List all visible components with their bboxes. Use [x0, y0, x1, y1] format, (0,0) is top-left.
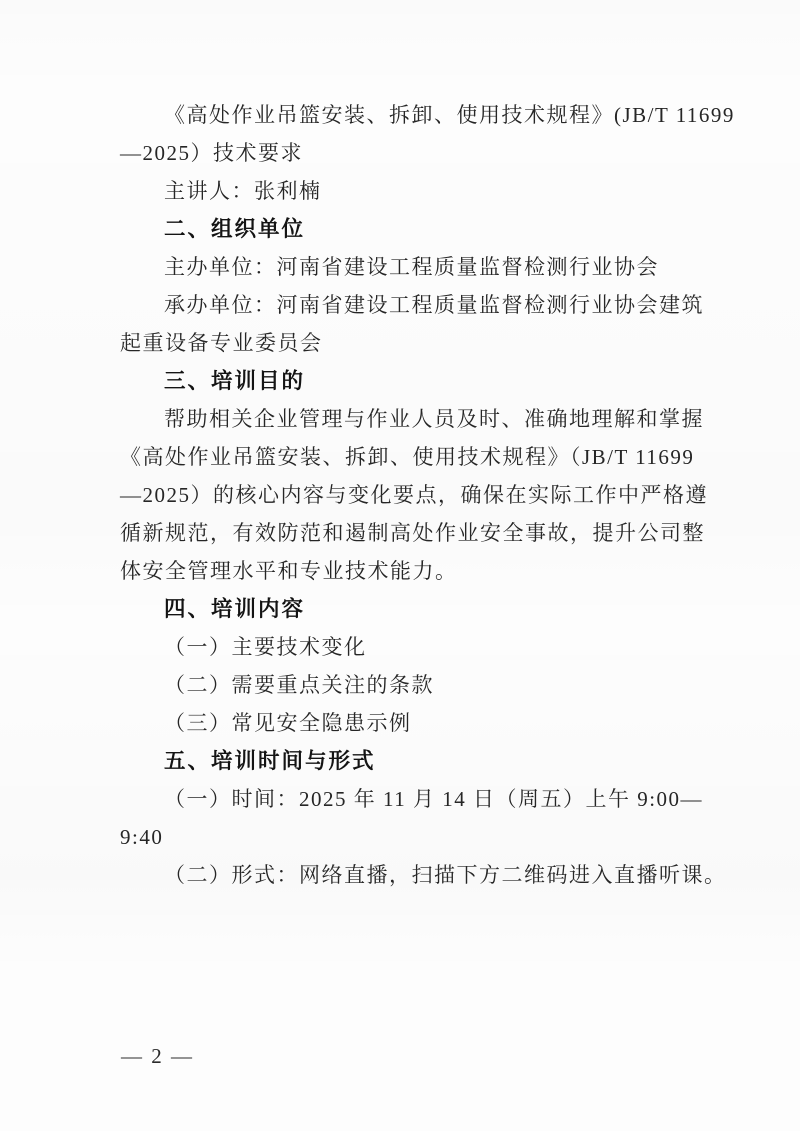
- text-line: （二）需要重点关注的条款: [120, 666, 686, 704]
- document-body: 《高处作业吊篮安装、拆卸、使用技术规程》(JB/T 11699—2025）技术要…: [120, 96, 686, 894]
- page-number: — 2 —: [121, 1042, 194, 1070]
- text-line: 主办单位：河南省建设工程质量监督检测行业协会: [120, 248, 686, 286]
- text-line: 循新规范，有效防范和遏制高处作业安全事故，提升公司整: [120, 514, 686, 552]
- section-heading: 四、培训内容: [120, 590, 686, 628]
- text-line: —2025）技术要求: [120, 134, 686, 172]
- section-heading: 三、培训目的: [120, 362, 686, 400]
- text-line: 起重设备专业委员会: [120, 324, 686, 362]
- text-line: （三）常见安全隐患示例: [120, 704, 686, 742]
- text-line: 承办单位：河南省建设工程质量监督检测行业协会建筑: [120, 286, 686, 324]
- text-line: 《高处作业吊篮安装、拆卸、使用技术规程》（JB/T 11699: [120, 438, 686, 476]
- text-line: 帮助相关企业管理与作业人员及时、准确地理解和掌握: [120, 400, 686, 438]
- text-line: （一）时间：2025 年 11 月 14 日（周五）上午 9:00—: [120, 780, 686, 818]
- text-line: 《高处作业吊篮安装、拆卸、使用技术规程》(JB/T 11699: [120, 96, 686, 134]
- text-line: （一）主要技术变化: [120, 628, 686, 666]
- section-heading: 五、培训时间与形式: [120, 742, 686, 780]
- text-line: 体安全管理水平和专业技术能力。: [120, 552, 686, 590]
- text-line: —2025）的核心内容与变化要点，确保在实际工作中严格遵: [120, 476, 686, 514]
- text-line: （二）形式：网络直播，扫描下方二维码进入直播听课。: [120, 856, 686, 894]
- text-line: 主讲人：张利楠: [120, 172, 686, 210]
- document-page: 《高处作业吊篮安装、拆卸、使用技术规程》(JB/T 11699—2025）技术要…: [0, 0, 800, 1131]
- text-line: 9:40: [120, 818, 686, 856]
- section-heading: 二、组织单位: [120, 210, 686, 248]
